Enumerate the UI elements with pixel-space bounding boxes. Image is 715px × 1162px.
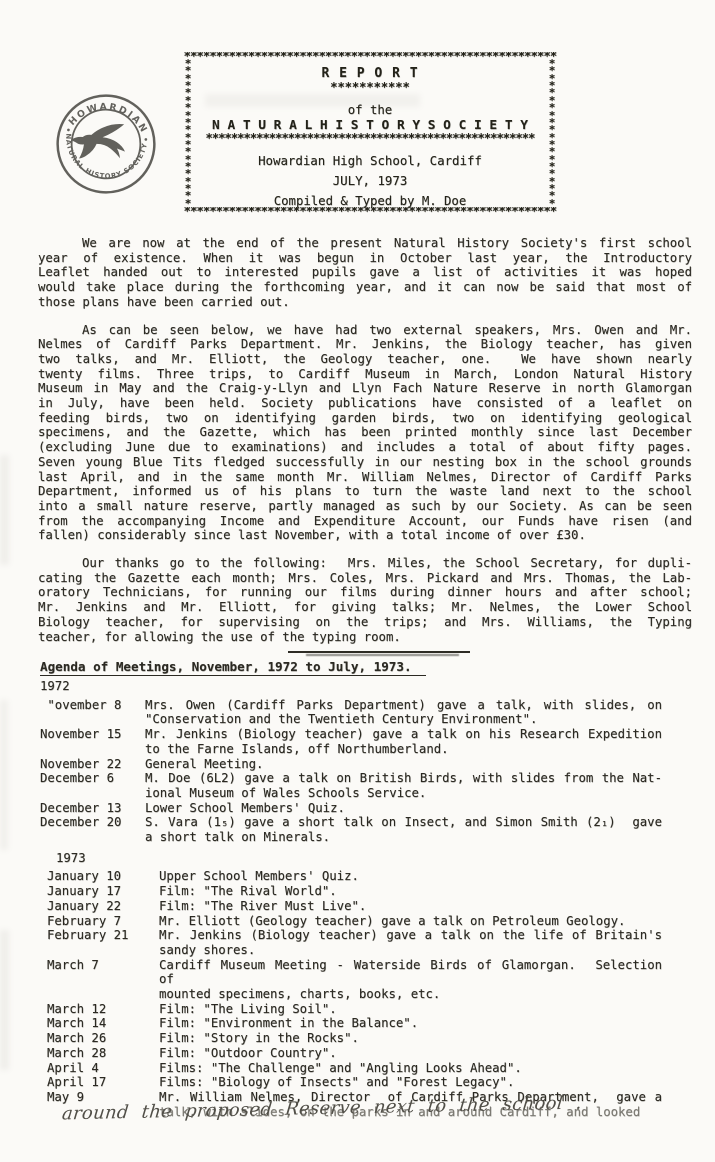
agenda-entry-text: Film: "The Living Soil". (159, 1002, 662, 1017)
agenda-entry-line: mounted specimens, charts, books, etc. (159, 987, 662, 1002)
society-stamp: HOWARDIAN NATURAL HISTORY SOCIETY (54, 92, 158, 196)
paragraph-line: year of existence. When it was begun in … (38, 251, 692, 266)
report-header-content: R E P O R T *********** of the N A T U R… (197, 60, 543, 208)
paragraph-line: those plans have been carried out. (38, 295, 692, 310)
agenda-row: "ovember 8Mrs. Owen (Cardiff Parks Depar… (40, 698, 662, 727)
paragraph: We are now at the end of the present Nat… (38, 236, 692, 310)
paragraph-line: teacher, for allowing the use of the typ… (38, 630, 692, 645)
agenda-entry-text: Films: "Biology of Insects" and "Forest … (159, 1075, 662, 1090)
agenda-row: November 22General Meeting. (40, 757, 662, 772)
paragraph-line: two talks, and Mr. Elliott, the Geology … (38, 352, 692, 367)
agenda-entry-text: General Meeting. (145, 757, 662, 772)
agenda-list: 1972 "ovember 8Mrs. Owen (Cardiff Parks … (40, 673, 662, 1119)
agenda-entry-text: Film: "Environment in the Balance". (159, 1016, 662, 1031)
agenda-entry-text: M. Doe (6L2) gave a talk on British Bird… (145, 771, 662, 800)
paragraph-line: specimens, and the Gazette, which has be… (38, 425, 692, 440)
photocopy-smudge (0, 700, 8, 850)
paragraph-line: would take place during the forthcoming … (38, 280, 692, 295)
paragraph-line: Mr. Jenkins and Mr. Elliott, for giving … (38, 600, 692, 615)
paragraph-line: Seven young Blue Tits fledged successful… (38, 455, 692, 470)
agenda-entry-line: to the Farne Islands, off Northumberland… (145, 742, 662, 757)
agenda-entry-text: Mrs. Owen (Cardiff Parks Department) gav… (145, 698, 662, 727)
agenda-entry-text: Film: "The River Must Live". (159, 899, 662, 914)
agenda-date: February 7 (40, 914, 159, 929)
agenda-entry-line: Cardiff Museum Meeting - Waterside Birds… (159, 958, 662, 987)
agenda-row: January 17Film: "The Rival World". (40, 884, 662, 899)
stamp-dot (144, 138, 147, 141)
agenda-date: January 17 (40, 884, 159, 899)
paragraph-line: Nelmes of Cardiff Parks Department. Mr. … (38, 337, 692, 352)
agenda-row: January 22Film: "The River Must Live". (40, 899, 662, 914)
paragraph-line: (excluding June due to examinations) and… (38, 440, 692, 455)
photocopy-smudge (0, 930, 9, 1070)
agenda-entry-text: Upper School Members' Quiz. (159, 869, 662, 884)
agenda-entry-line: Film: "The Rival World". (159, 884, 662, 899)
asterisk-border-char: * (185, 201, 192, 207)
agenda-entry-text: Cardiff Museum Meeting - Waterside Birds… (159, 958, 662, 1002)
divider-line (306, 654, 459, 656)
agenda-entry-line: Films: "Biology of Insects" and "Forest … (159, 1075, 662, 1090)
agenda-date: "ovember 8 (40, 698, 145, 713)
agenda-row: February 21Mr. Jenkins (Biology teacher)… (40, 928, 662, 957)
agenda-date: December 20 (40, 815, 145, 830)
agenda-entry-text: Films: "The Challenge" and "Angling Look… (159, 1061, 662, 1076)
agenda-entry-text: Film: "Outdoor Country". (159, 1046, 662, 1061)
asterisk-border-bottom: ****************************************… (183, 207, 557, 216)
agenda-date: March 26 (40, 1031, 159, 1046)
agenda-date: January 22 (40, 899, 159, 914)
agenda-entry-text: Film: "The Rival World". (159, 884, 662, 899)
agenda-date: December 13 (40, 801, 145, 816)
report-header-box: ****************************************… (183, 52, 557, 216)
report-title: R E P O R T (197, 66, 543, 81)
paragraph-line: cating the Gazette each month; Mrs. Cole… (38, 571, 692, 586)
agenda-entry-line: S. Vara (1₅) gave a short talk on Insect… (145, 815, 662, 830)
paragraph: As can be seen below, we have had two ex… (38, 323, 692, 544)
agenda-row: December 13Lower School Members' Quiz. (40, 801, 662, 816)
paragraph-line: As can be seen below, we have had two ex… (38, 323, 692, 338)
paragraph-line: fallen) considerably since last November… (38, 528, 692, 543)
section-divider (288, 650, 470, 657)
title-underline: *********** (197, 82, 543, 92)
agenda-row: December 20S. Vara (1₅) gave a short tal… (40, 815, 662, 844)
paragraph: Our thanks go to the following: Mrs. Mil… (38, 556, 692, 644)
agenda-entry-line: Films: "The Challenge" and "Angling Look… (159, 1061, 662, 1076)
report-date: JULY, 1973 (197, 173, 543, 188)
agenda-entry-line: Film: "The Living Soil". (159, 1002, 662, 1017)
paragraph-line: from the accompanying Income and Expendi… (38, 514, 692, 529)
agenda-date: November 15 (40, 727, 145, 742)
paragraph-line: into a small nature reserve, partly mana… (38, 499, 692, 514)
agenda-date: March 14 (40, 1016, 159, 1031)
paragraph-line: Biology teacher, for supervising on the … (38, 615, 692, 630)
paragraph-line: We are now at the end of the present Nat… (38, 236, 692, 251)
paragraph-line: in July, have been held. Society publica… (38, 396, 692, 411)
agenda-entry-text: S. Vara (1₅) gave a short talk on Insect… (145, 815, 662, 844)
stamp-graphic: HOWARDIAN NATURAL HISTORY SOCIETY (48, 86, 164, 202)
stamp-dot (67, 128, 70, 131)
agenda-entry-line: General Meeting. (145, 757, 662, 772)
agenda-entry-line: sandy shores. (159, 943, 662, 958)
agenda-entry-line: Film: "Outdoor Country". (159, 1046, 662, 1061)
agenda-entry-line: Film: "Story in the Rocks". (159, 1031, 662, 1046)
agenda-date: November 22 (40, 757, 145, 772)
paragraph-line: last April, and in the same month Mr. Wi… (38, 470, 692, 485)
agenda-date: December 6 (40, 771, 145, 786)
subtitle-prefix: of the (197, 103, 543, 117)
paragraph-line: Our thanks go to the following: Mrs. Mil… (38, 556, 692, 571)
agenda-entry-line: Mr. Jenkins (Biology teacher) gave a tal… (145, 727, 662, 742)
paragraph-line: Leaflet handed out to interested pupils … (38, 265, 692, 280)
asterisk-border-char: * (549, 201, 556, 207)
agenda-section: 1972 "ovember 8Mrs. Owen (Cardiff Parks … (40, 679, 662, 845)
agenda-row: December 6M. Doe (6L2) gave a talk on Br… (40, 771, 662, 800)
agenda-entry-text: Mr. Jenkins (Biology teacher) gave a tal… (145, 727, 662, 756)
agenda-section: 1973January 10Upper School Members' Quiz… (40, 851, 662, 1120)
school-line: Howardian High School, Cardiff (197, 153, 543, 168)
agenda-entry-line: Film: "Environment in the Balance". (159, 1016, 662, 1031)
photocopy-smudge (0, 455, 9, 565)
agenda-entry-line: Upper School Members' Quiz. (159, 869, 662, 884)
agenda-entry-line: Mr. Jenkins (Biology teacher) gave a tal… (159, 928, 662, 943)
agenda-row: March 28Film: "Outdoor Country". (40, 1046, 662, 1061)
agenda-date: April 4 (40, 1061, 159, 1076)
agenda-row: January 10Upper School Members' Quiz. (40, 869, 662, 884)
agenda-date: April 17 (40, 1075, 159, 1090)
asterisk-border-right: ******************** (547, 61, 557, 207)
agenda-entry-line: "Conservation and the Twentieth Century … (145, 712, 662, 727)
agenda-date: March 28 (40, 1046, 159, 1061)
agenda-year-label: 1973 (40, 851, 662, 866)
agenda-row: April 4Films: "The Challenge" and "Angli… (40, 1061, 662, 1076)
compiled-by-line: Compiled & Typed by M. Doe (197, 194, 543, 208)
agenda-entry-line: M. Doe (6L2) gave a talk on British Bird… (145, 771, 662, 786)
agenda-entry-text: Lower School Members' Quiz. (145, 801, 662, 816)
agenda-date: February 21 (40, 928, 159, 943)
agenda-entry-line: Lower School Members' Quiz. (145, 801, 662, 816)
paragraph-line: feeding birds, two on identifying garden… (38, 411, 692, 426)
agenda-entry-text: Mr. Elliott (Geology teacher) gave a tal… (159, 914, 662, 929)
agenda-row: February 7Mr. Elliott (Geology teacher) … (40, 914, 662, 929)
agenda-entry-text: Mr. Jenkins (Biology teacher) gave a tal… (159, 928, 662, 957)
paragraphs: We are now at the end of the present Nat… (38, 236, 692, 657)
agenda-entry-line: ional Museum of Wales Schools Service. (145, 786, 662, 801)
paragraph-line: twenty films. Three trips, to Cardiff Mu… (38, 367, 692, 382)
agenda-entry-text: Film: "Story in the Rocks". (159, 1031, 662, 1046)
paragraph-line: oratory Technicians, for running our fil… (38, 585, 692, 600)
agenda-row: March 7Cardiff Museum Meeting - Watersid… (40, 958, 662, 1002)
society-underline: ****************************************… (197, 133, 543, 144)
agenda-date: January 10 (40, 869, 159, 884)
agenda-year-label: 1972 (40, 679, 662, 694)
agenda-row: March 26Film: "Story in the Rocks". (40, 1031, 662, 1046)
paragraph-line: Museum in May and the Craig-y-Llyn and L… (38, 381, 692, 396)
agenda-row: March 12Film: "The Living Soil". (40, 1002, 662, 1017)
agenda-row: November 15Mr. Jenkins (Biology teacher)… (40, 727, 662, 756)
agenda-entry-line: Film: "The River Must Live". (159, 899, 662, 914)
agenda-date: March 12 (40, 1002, 159, 1017)
paragraph-line: Department, informed us of his plans to … (38, 484, 692, 499)
agenda-entry-line: Mr. Elliott (Geology teacher) gave a tal… (159, 914, 662, 929)
agenda-row: March 14Film: "Environment in the Balanc… (40, 1016, 662, 1031)
document-page: HOWARDIAN NATURAL HISTORY SOCIETY ******… (0, 0, 715, 1162)
agenda-entry-line: Mrs. Owen (Cardiff Parks Department) gav… (145, 698, 662, 713)
agenda-date: March 7 (40, 958, 159, 973)
divider-line (288, 651, 470, 653)
asterisk-border-left: ******************** (183, 61, 193, 207)
agenda-row: April 17Films: "Biology of Insects" and … (40, 1075, 662, 1090)
agenda-entry-line: a short talk on Minerals. (145, 830, 662, 845)
